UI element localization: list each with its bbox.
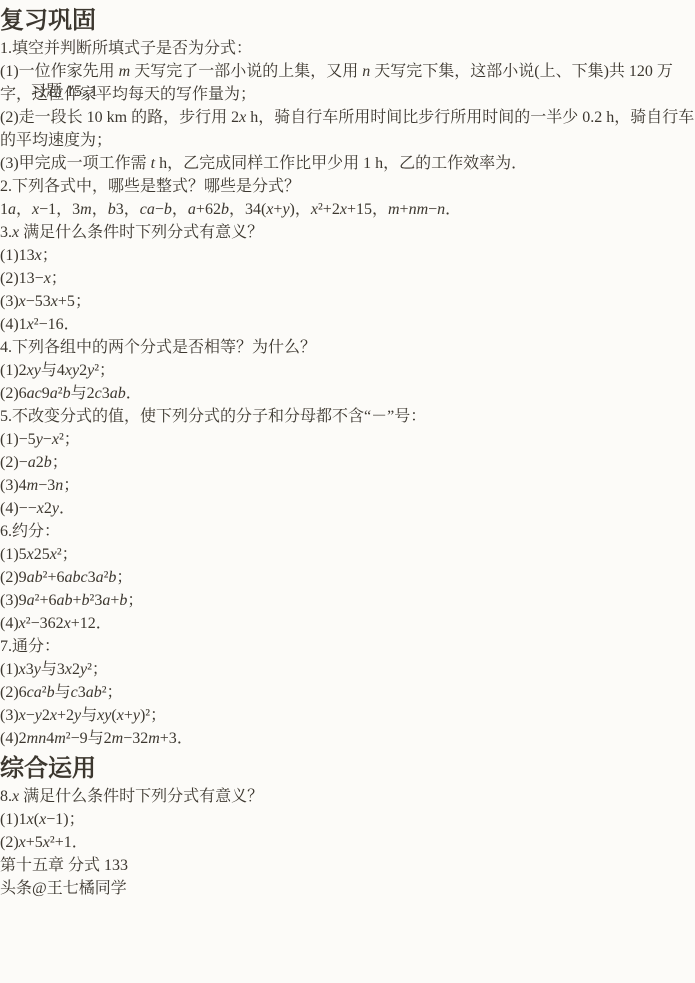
text-run: 满足什么条件时下列分式有意义？ <box>19 788 263 805</box>
text-run: 甲完成一项工作需 <box>19 155 151 172</box>
expression-row: 1a，x−1，3m，b3，ca−b，a+62b，34(x+y)，x²+2x+15… <box>0 196 695 219</box>
item-label: (2) <box>0 270 19 287</box>
numerator: x <box>19 661 26 678</box>
text-run: ． <box>59 500 75 517</box>
problem-number: 3. <box>0 224 12 241</box>
conjunction: 与 <box>88 730 104 747</box>
denominator: 3−x <box>27 270 51 287</box>
items-row: (1)−5y−x²；(2)−a2b；(3)4m−3n；(4)−−x2y． <box>0 426 695 518</box>
problem-number: 5. <box>0 408 12 425</box>
fraction: a+62b <box>188 201 229 218</box>
text-run: 下列各组中的两个分式是否相等？为什么？ <box>12 339 316 356</box>
item-label: (2) <box>0 684 19 701</box>
numerator: 4xy <box>57 362 79 379</box>
item-label: (3) <box>0 155 19 172</box>
text-run: 不改变分式的值，使下列分式的分子和分母都不含“－”号： <box>12 408 426 425</box>
items-row: (1)2xy与4xy2y²；(2)6ac9a²b与2c3ab． <box>0 357 695 403</box>
fraction: x−y2x+2y <box>19 707 82 724</box>
section: 复习巩固1.填空并判断所填式子是否为分式：(1)一位作家先用 m 天写完了一部小… <box>0 0 695 748</box>
numerator: x²−36 <box>19 615 56 632</box>
denominator: 2y <box>44 500 59 517</box>
problem-heading: 4.下列各组中的两个分式是否相等？为什么？ <box>0 334 695 357</box>
fraction: 13x <box>19 247 42 264</box>
numerator: 1 <box>19 247 27 264</box>
numerator: −x <box>28 500 44 517</box>
text-run: 填空并判断所填式子是否为分式： <box>12 40 252 57</box>
denominator: 3ab <box>102 385 126 402</box>
problem-heading: 6.约分： <box>0 518 695 541</box>
problem-item: (1)5x25x²； <box>0 541 695 564</box>
item-label: (2) <box>0 569 19 586</box>
item-label: (4) <box>0 316 19 333</box>
text-run: 约分： <box>12 523 60 540</box>
fraction: 2mn4m²−9 <box>19 730 88 747</box>
denominator: x²−16 <box>27 316 64 333</box>
problem: 4.下列各组中的两个分式是否相等？为什么？(1)2xy与4xy2y²；(2)6a… <box>0 334 695 403</box>
numerator: 1 <box>0 201 8 218</box>
text-run: 走一段长 10 km 的路，步行用 2 <box>19 109 239 126</box>
items-row: (3)x−y2x+2y与xy(x+y)²；(4)2mn4m²−9与2m−32m+… <box>0 702 695 748</box>
text-run: ． <box>126 385 142 402</box>
problem-item: (2)13−x； <box>0 265 695 288</box>
numerator: 1 <box>19 811 27 828</box>
text-run: ， <box>92 201 108 218</box>
problem: 2.下列各式中，哪些是整式？哪些是分式？1a，x−1，3m，b3，ca−b，a+… <box>0 173 695 219</box>
numerator: x+5 <box>19 834 43 851</box>
denominator: a−b <box>147 201 172 218</box>
fraction: ca−b <box>140 201 172 218</box>
numerator: 1 <box>19 316 27 333</box>
denominator: 2m+3 <box>140 730 177 747</box>
item-label: (4) <box>0 730 19 747</box>
item-label: (2) <box>0 385 19 402</box>
numerator: a+6 <box>188 201 213 218</box>
conjunction: 与 <box>55 684 71 701</box>
problem-item: (2)−a2b； <box>0 449 695 472</box>
item-label: (1) <box>0 247 19 264</box>
fraction: 3m <box>72 201 92 218</box>
numerator: 6ac <box>19 385 42 402</box>
denominator: y <box>34 362 41 379</box>
conjunction: 与 <box>41 661 57 678</box>
fraction: 9a²+6ab+b²3a+b <box>19 592 128 609</box>
fraction: 4m−3n <box>19 477 64 494</box>
fraction: x−53x+5 <box>19 293 75 310</box>
fraction: xy(x+y)² <box>97 707 150 724</box>
denominator: a <box>8 201 16 218</box>
fraction: 5x25x² <box>19 546 62 563</box>
problem-heading: 7.通分： <box>0 633 695 656</box>
numerator: 2x <box>19 362 34 379</box>
text-run: ； <box>42 247 58 264</box>
chapter-label: 第十五章 <box>0 857 64 874</box>
text-run: ； <box>99 362 115 379</box>
item-label: (1) <box>0 546 19 563</box>
problem-sections: 复习巩固1.填空并判断所填式子是否为分式：(1)一位作家先用 m 天写完了一部小… <box>0 0 695 852</box>
item-label: (1) <box>0 811 19 828</box>
denominator: 2y² <box>79 362 99 379</box>
problem-number: 8. <box>0 788 12 805</box>
section-heading: 复习巩固 <box>0 0 695 35</box>
fraction: 34 <box>245 201 261 218</box>
item-label: (2) <box>0 454 19 471</box>
exercise-label: 习题 <box>30 83 62 100</box>
text-run: ； <box>150 707 166 724</box>
math-expression: (x+y) <box>261 201 295 218</box>
problem-item: (4)2mn4m²−9与2m−32m+3． <box>0 725 695 748</box>
denominator: 3x+5 <box>43 293 75 310</box>
denominator: 2y² <box>72 661 92 678</box>
numerator: 2m−3 <box>104 730 141 747</box>
denominator: 2x+12 <box>56 615 96 632</box>
text-run: ； <box>116 569 132 586</box>
text-run: h，乙完成同样工作比甲少用 1 h，乙的工作效率为 <box>155 155 511 172</box>
numerator: −5y <box>19 431 43 448</box>
conjunction: 与 <box>41 362 57 379</box>
item-label: (2) <box>0 834 19 851</box>
item-label: (3) <box>0 707 19 724</box>
text-run: ， <box>229 201 245 218</box>
text-run: ； <box>62 546 78 563</box>
text-run: ； <box>127 592 143 609</box>
problem: 6.约分：(1)5x25x²；(2)9ab²+6abc3a²b；(3)9a²+6… <box>0 518 695 633</box>
problem-item: (1)x3y与3x2y²； <box>0 656 695 679</box>
fraction: −a2b <box>19 454 52 471</box>
page-content-card: 复习巩固1.填空并判断所填式子是否为分式：(1)一位作家先用 m 天写完了一部小… <box>0 0 695 852</box>
problem-heading: 5.不改变分式的值，使下列分式的分子和分母都不含“－”号： <box>0 403 695 426</box>
page-footer: 第十五章 分式 133 <box>0 852 695 875</box>
denominator: 5 <box>364 201 372 218</box>
item-label: (1) <box>0 63 19 80</box>
fraction: −5y−x² <box>19 431 64 448</box>
numerator: x²+2x+1 <box>311 201 364 218</box>
items-row: (1)13x；(2)13−x；(3)x−53x+5；(4)1x²−16． <box>0 242 695 334</box>
problem-item: (2)x+5x²+1． <box>0 829 695 852</box>
problem-item: (4)1x²−16． <box>0 311 695 334</box>
text-run: ， <box>56 201 72 218</box>
text-run: ； <box>69 811 85 828</box>
problem-item: (3)x−53x+5； <box>0 288 695 311</box>
fraction: 2c3ab <box>87 385 126 402</box>
problem-item: (1)2xy与4xy2y²； <box>0 357 695 380</box>
problem: 8.x 满足什么条件时下列分式有意义？(1)1x(x−1)；(2)x+5x²+1… <box>0 783 695 852</box>
problem-paragraph: (3)甲完成一项工作需 t h，乙完成同样工作比甲少用 1 h，乙的工作效率为． <box>0 150 695 173</box>
numerator: 2mn <box>19 730 47 747</box>
problem: 7.通分：(1)x3y与3x2y²；(2)6ca²b与c3ab²；(3)x−y2… <box>0 633 695 748</box>
item-label: (1) <box>0 362 19 379</box>
text-run: ， <box>372 201 388 218</box>
section-label: 分式 <box>68 857 100 874</box>
numerator: −a <box>19 454 36 471</box>
text-run: ； <box>96 132 112 149</box>
text-run: ； <box>52 454 68 471</box>
page-number: 133 <box>104 857 128 874</box>
fraction: c3ab² <box>71 684 107 701</box>
items-row: (1)1x(x−1)；(2)x+5x²+1． <box>0 806 695 852</box>
denominator: −x² <box>43 431 64 448</box>
problem-number: 1. <box>0 40 12 57</box>
exercise-header-bar: 习题 15. 1 <box>30 78 642 111</box>
textbook-page: 习题 15. 1 复习巩固1.填空并判断所填式子是否为分式：(1)一位作家先用 … <box>0 0 695 983</box>
fraction: x²−362x+12 <box>19 615 96 632</box>
numerator: 1 <box>19 270 27 287</box>
fraction: 2xy <box>19 362 41 379</box>
fraction: 4xy2y² <box>57 362 99 379</box>
text-run: ； <box>106 684 122 701</box>
problem-item: (3)x−y2x+2y与xy(x+y)²； <box>0 702 695 725</box>
denominator: x²+1 <box>43 834 72 851</box>
denominator: −3n <box>38 477 63 494</box>
numerator: 6c <box>19 684 34 701</box>
text-run: ， <box>295 201 311 218</box>
text-run: ； <box>75 293 91 310</box>
items-row: (1)x3y与3x2y²；(2)6ca²b与c3ab²； <box>0 656 695 702</box>
denominator: 3a²b <box>88 569 117 586</box>
denominator: 3y <box>26 661 41 678</box>
fraction: 3x2y² <box>57 661 92 678</box>
fraction: x²+2x+15 <box>311 201 372 218</box>
section: 综合运用8.x 满足什么条件时下列分式有意义？(1)1x(x−1)；(2)x+5… <box>0 748 695 852</box>
problem-item: (4)x²−362x+12． <box>0 610 695 633</box>
problem-item: (1)13x； <box>0 242 695 265</box>
numerator: 3 <box>245 201 253 218</box>
text-run: ． <box>72 834 88 851</box>
numerator: c <box>71 684 78 701</box>
text-run: ； <box>51 270 67 287</box>
problem-heading: 2.下列各式中，哪些是整式？哪些是分式？ <box>0 173 695 196</box>
denominator: 4 <box>253 201 261 218</box>
denominator: 3ab² <box>78 684 107 701</box>
problem-item: (1)1x(x−1)； <box>0 806 695 829</box>
conjunction: 与 <box>81 707 97 724</box>
fraction: 9ab²+6abc3a²b <box>19 569 117 586</box>
denominator: 4m²−9 <box>46 730 87 747</box>
problem-number: 4. <box>0 339 12 356</box>
problem-item: (3)4m−3n； <box>0 472 695 495</box>
fraction: 1x²−16 <box>19 316 64 333</box>
math-expression: x−1 <box>32 201 56 218</box>
fraction: 2m−32m+3 <box>104 730 177 747</box>
text-run: 通分： <box>12 638 60 655</box>
problem-number: 7. <box>0 638 12 655</box>
denominator: 2b <box>36 454 52 471</box>
math-expression: − <box>19 500 28 517</box>
conjunction: 与 <box>71 385 87 402</box>
numerator: x−5 <box>19 293 43 310</box>
numerator: b <box>108 201 116 218</box>
problem-item: (2)9ab²+6abc3a²b； <box>0 564 695 587</box>
denominator: m−n <box>417 201 446 218</box>
section-heading: 综合运用 <box>0 748 695 783</box>
problem-item: (4)−−x2y． <box>0 495 695 518</box>
numerator: 3x <box>57 661 72 678</box>
text-run: 满足什么条件时下列分式有意义？ <box>19 224 263 241</box>
fraction: x3y <box>19 661 41 678</box>
text-run: ． <box>96 615 112 632</box>
fraction: m+nm−n <box>388 201 445 218</box>
text-run: ． <box>177 730 193 747</box>
denominator: 3x <box>27 247 42 264</box>
numerator: c <box>140 201 147 218</box>
item-label: (3) <box>0 592 19 609</box>
numerator: xy <box>97 707 111 724</box>
text-run: ； <box>64 431 80 448</box>
problem-number: 2. <box>0 178 12 195</box>
text-run: ， <box>172 201 188 218</box>
fraction: 1a <box>0 201 16 218</box>
fraction: 6ac9a²b <box>19 385 71 402</box>
text-run: ． <box>445 201 461 218</box>
numerator: 4m <box>19 477 39 494</box>
text-run: ． <box>64 316 80 333</box>
numerator: 9ab²+6abc <box>19 569 88 586</box>
problem: 5.不改变分式的值，使下列分式的分子和分母都不含“－”号：(1)−5y−x²；(… <box>0 403 695 518</box>
denominator: 3 <box>116 201 124 218</box>
item-label: (4) <box>0 500 19 517</box>
items-row: (1)5x25x²；(2)9ab²+6abc3a²b； <box>0 541 695 587</box>
fraction: −x2y <box>28 500 59 517</box>
denominator: 2b <box>213 201 229 218</box>
exercise-number: 15. 1 <box>66 83 98 100</box>
denominator: 2x+2y <box>42 707 81 724</box>
items-row: (3)9a²+6ab+b²3a+b；(4)x²−362x+12． <box>0 587 695 633</box>
problem-item: (2)6ac9a²b与2c3ab． <box>0 380 695 403</box>
text-run: ； <box>63 477 79 494</box>
numerator: 9a²+6ab+b² <box>19 592 95 609</box>
item-label: (2) <box>0 109 19 126</box>
denominator: m <box>80 201 92 218</box>
text-run: ， <box>16 201 32 218</box>
problem-number: 6. <box>0 523 12 540</box>
numerator: m+n <box>388 201 417 218</box>
numerator: 5x <box>19 546 34 563</box>
problem-item: (2)6ca²b与c3ab²； <box>0 679 695 702</box>
problem-item: (3)9a²+6ab+b²3a+b； <box>0 587 695 610</box>
item-label: (4) <box>0 615 19 632</box>
denominator: x(x−1) <box>27 811 69 828</box>
problem-heading: 3.x 满足什么条件时下列分式有意义？ <box>0 219 695 242</box>
denominator: 25x² <box>34 546 62 563</box>
denominator: 9a²b <box>42 385 71 402</box>
denominator: 3a+b <box>94 592 127 609</box>
problem-heading: 8.x 满足什么条件时下列分式有意义？ <box>0 783 695 806</box>
fraction: 1x(x−1) <box>19 811 69 828</box>
fraction: b3 <box>108 201 124 218</box>
item-label: (3) <box>0 293 19 310</box>
fraction: x+5x²+1 <box>19 834 72 851</box>
text-run: ． <box>511 155 527 172</box>
numerator: 2c <box>87 385 102 402</box>
problem: 3.x 满足什么条件时下列分式有意义？(1)13x；(2)13−x；(3)x−5… <box>0 219 695 334</box>
numerator: x−y <box>19 707 42 724</box>
text-run: ； <box>92 661 108 678</box>
watermark: 头条@王七橘同学 <box>0 875 695 898</box>
text-run: 下列各式中，哪些是整式？哪些是分式？ <box>12 178 300 195</box>
text-run: ， <box>124 201 140 218</box>
item-label: (1) <box>0 431 19 448</box>
problem-item: (1)−5y−x²； <box>0 426 695 449</box>
numerator: 3 <box>72 201 80 218</box>
item-label: (1) <box>0 661 19 678</box>
denominator: (x+y)² <box>111 707 150 724</box>
item-label: (3) <box>0 477 19 494</box>
fraction: 13−x <box>19 270 51 287</box>
problem-heading: 1.填空并判断所填式子是否为分式： <box>0 35 695 58</box>
fraction: 6ca²b <box>19 684 55 701</box>
denominator: a²b <box>34 684 55 701</box>
